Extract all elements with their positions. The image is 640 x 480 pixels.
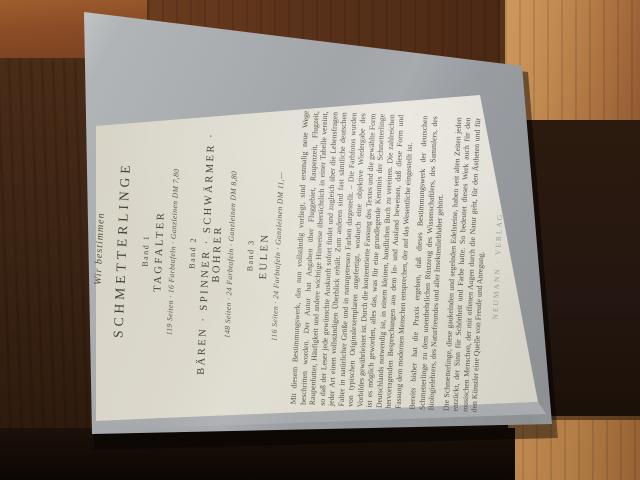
photo-of-book-on-table: Wir bestimmen SCHMETTERLINGE Band 1 TAGF… — [0, 0, 640, 480]
wood-table-left — [0, 58, 92, 480]
volume-block: Band 1 TAGFALTER 119 Seiten · 16 Farbtaf… — [135, 100, 184, 403]
jacket-text-block: Wir bestimmen SCHMETTERLINGE Band 1 TAGF… — [85, 98, 540, 419]
volume-block: Band 3 EULEN 116 Seiten · 24 Farbtafeln … — [239, 104, 288, 407]
volume-block: Band 2 BÄREN · SPINNER · SCHWÄRMER · BOH… — [182, 102, 242, 406]
blurb-paragraph: Mit diesem Bestimmungswerk, das nun voll… — [289, 110, 416, 409]
blurb-paragraph: Die Schmetterlinge, diese gaukelnden und… — [441, 117, 492, 412]
series-title: SCHMETTERLINGE — [108, 99, 137, 401]
